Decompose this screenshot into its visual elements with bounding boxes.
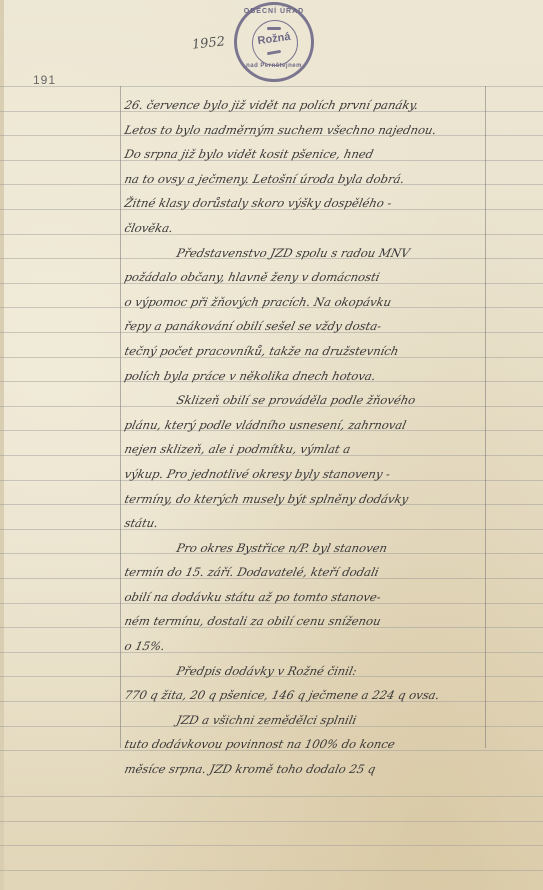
stamp-ornament-icon	[267, 27, 281, 30]
text-line: člověka.	[122, 216, 491, 241]
text-line: Předpis dodávky v Rožné činil:	[122, 659, 491, 684]
text-line: JZD a všichni zemědělci splnili	[122, 708, 491, 733]
stamp-top-text: OBECNÍ ÚŘAD	[237, 8, 311, 15]
text-line: na to ovsy a ječmeny. Letošní úroda byla…	[122, 167, 491, 192]
text-line: požádalo občany, hlavně ženy v domácnost…	[122, 265, 491, 290]
ruled-line	[0, 86, 543, 87]
text-line: tečný počet pracovníků, takže na družste…	[122, 339, 491, 364]
ruled-line	[0, 870, 543, 871]
text-line: nejen sklizeň, ale i podmítku, výmlat a	[122, 437, 491, 462]
text-line: obilí na dodávku státu až po tomto stano…	[122, 585, 491, 610]
text-line: termíny, do kterých musely být splněny d…	[122, 487, 491, 512]
text-line: o 15%.	[122, 634, 491, 659]
text-line: 26. července bylo již vidět na polích pr…	[122, 93, 491, 118]
ruled-line	[0, 821, 543, 822]
handwritten-text-body: 26. července bylo již vidět na polích pr…	[122, 93, 486, 782]
text-line: 770 q žita, 20 q pšenice, 146 q ječmene …	[122, 683, 491, 708]
document-page: 1952 191 OBECNÍ ÚŘAD Rožná nad Pernštejn…	[0, 0, 543, 890]
municipal-stamp: OBECNÍ ÚŘAD Rožná nad Pernštejnem	[234, 2, 314, 82]
page-number: 191	[33, 73, 56, 87]
left-margin-line	[120, 86, 121, 748]
text-line: Pro okres Bystřice n/P. byl stanoven	[122, 536, 491, 561]
text-line: měsíce srpna. JZD kromě toho dodalo 25 q	[122, 757, 491, 782]
text-line: Do srpna již bylo vidět kosit pšenice, h…	[122, 142, 491, 167]
text-line: Sklizeň obilí se prováděla podle žňového	[122, 388, 491, 413]
year-annotation: 1952	[191, 34, 225, 52]
text-line: ném termínu, dostali za obilí cenu sníže…	[122, 609, 491, 634]
text-line: státu.	[122, 511, 491, 536]
text-line: tuto dodávkovou povinnost na 100% do kon…	[122, 732, 491, 757]
text-line: o výpomoc při žňových pracích. Na okopáv…	[122, 290, 491, 315]
text-line: termín do 15. září. Dodavatelé, kteří do…	[122, 560, 491, 585]
text-line: Letos to bylo nadměrným suchem všechno n…	[122, 118, 491, 143]
text-line: výkup. Pro jednotlivé okresy byly stanov…	[122, 462, 491, 487]
text-line: Žitné klasy dorůstaly skoro výšky dospěl…	[122, 191, 491, 216]
ruled-line	[0, 845, 543, 846]
text-line: plánu, který podle vládního usnesení, za…	[122, 413, 491, 438]
ruled-line	[0, 796, 543, 797]
page-edge	[0, 0, 4, 890]
stamp-bottom-text: nad Pernštejnem	[237, 63, 311, 69]
text-line: řepy a panákování obilí sešel se vždy do…	[122, 314, 491, 339]
text-line: polích byla práce v několika dnech hotov…	[122, 364, 491, 389]
text-line: Představenstvo JZD spolu s radou MNV	[122, 241, 491, 266]
